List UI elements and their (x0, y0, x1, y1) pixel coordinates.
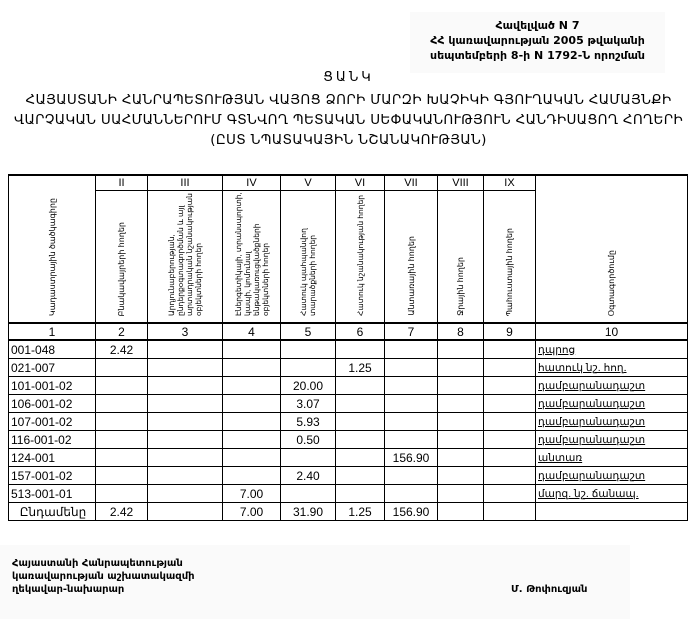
table-row: 106-001-023.07դամբարանադաշտ (9, 395, 688, 413)
cell-c5 (281, 359, 336, 377)
cell-c2 (96, 467, 148, 485)
header-protected-lands: Հատուկ պահպանվող տարածքների հողեր (281, 191, 336, 324)
roman-6: VI (336, 175, 385, 191)
cell-code: 157-001-02 (9, 467, 96, 485)
header-forest-lands: Անտառային հողեր (385, 191, 438, 324)
roman-2: II (96, 175, 148, 191)
cell-c3 (148, 359, 223, 377)
cell-c8 (438, 449, 484, 467)
cell-c9 (484, 503, 536, 521)
cell-c4 (223, 340, 281, 359)
signature-block: Հայաստանի Հանրապետության կառավարության ա… (0, 545, 630, 619)
cell-use: դպրոց (536, 340, 688, 359)
cell-c2 (96, 449, 148, 467)
cell-code: 107-001-02 (9, 413, 96, 431)
cell-use: դամբարանադաշտ (536, 377, 688, 395)
cell-use: հատուկ նշ. հող. (536, 359, 688, 377)
cell-c8 (438, 395, 484, 413)
cell-c6 (336, 395, 385, 413)
table-row: 124-001156.90անտառ (9, 449, 688, 467)
table-row: 116-001-020.50դամբարանադաշտ (9, 431, 688, 449)
cell-c3 (148, 485, 223, 503)
cell-c7 (385, 377, 438, 395)
column-number-row: 1 2 3 4 5 6 7 8 9 10 (9, 323, 688, 340)
signatory-name: Մ. Թոփուզյան (511, 584, 587, 595)
cell-use: դամբարանադաշտ (536, 413, 688, 431)
table-row: 101-001-0220.00դամբարանադաշտ (9, 377, 688, 395)
cell-c6 (336, 485, 385, 503)
table-row: 107-001-025.93դամբարանադաշտ (9, 413, 688, 431)
cell-c7 (385, 431, 438, 449)
cell-c8 (438, 485, 484, 503)
cell-c4: 7.00 (223, 485, 281, 503)
cell-c6: 1.25 (336, 503, 385, 521)
cell-code: 001-048 (9, 340, 96, 359)
cell-c9 (484, 431, 536, 449)
cell-c2 (96, 413, 148, 431)
table-row: 021-0071.25հատուկ նշ. հող. (9, 359, 688, 377)
cell-c5 (281, 340, 336, 359)
cell-c6 (336, 413, 385, 431)
cell-c4 (223, 395, 281, 413)
cell-use: անտառ (536, 449, 688, 467)
cell-c7 (385, 467, 438, 485)
cell-code: 513-001-01 (9, 485, 96, 503)
cell-code: 124-001 (9, 449, 96, 467)
cell-c4 (223, 449, 281, 467)
approval-line-3: սեպտեմբերի 8-ի N 1792-Ն որոշման (410, 48, 665, 63)
cell-c9 (484, 359, 536, 377)
roman-4: IV (223, 175, 281, 191)
cell-c3 (148, 377, 223, 395)
cell-c5: 5.93 (281, 413, 336, 431)
cell-use (536, 503, 688, 521)
roman-7: VII (385, 175, 438, 191)
cell-c6 (336, 340, 385, 359)
cell-c2 (96, 485, 148, 503)
cell-c3 (148, 449, 223, 467)
cell-c2 (96, 395, 148, 413)
cell-code: 101-001-02 (9, 377, 96, 395)
cell-c2 (96, 359, 148, 377)
header-settlement-lands: Բնակավայրերի հողեր (96, 191, 148, 324)
cell-c5: 0.50 (281, 431, 336, 449)
cell-c8 (438, 359, 484, 377)
cell-c5: 20.00 (281, 377, 336, 395)
cell-c7 (385, 413, 438, 431)
cell-c5 (281, 485, 336, 503)
approval-line-2: ՀՀ կառավարության 2005 թվականի (410, 33, 665, 48)
cell-c3 (148, 395, 223, 413)
header-energy-transport-lands: Էներգետիկայի, տրանսպորտի, կապի, կոմունալ… (223, 191, 281, 324)
cell-c9 (484, 413, 536, 431)
header-cadastral-code: Կադաստրային ծածկագիրը (9, 175, 96, 323)
table-row: 157-001-022.40դամբարանադաշտ (9, 467, 688, 485)
cell-c3 (148, 431, 223, 449)
cell-c4 (223, 431, 281, 449)
approval-number: 7 (572, 19, 580, 32)
cell-c6 (336, 467, 385, 485)
cell-c9 (484, 485, 536, 503)
cell-c8 (438, 467, 484, 485)
cell-c8 (438, 413, 484, 431)
cell-c3 (148, 340, 223, 359)
land-table: Կադաստրային ծածկագիրը II III IV V VI VII… (8, 174, 688, 521)
cell-c4 (223, 413, 281, 431)
subtitle-line-3: (ԸՍՏ ՆՊԱՏԱԿԱՅԻՆ ՆՇԱՆԱԿՈՒԹՅԱՆ) (0, 130, 697, 150)
cell-c9 (484, 377, 536, 395)
cell-c3 (148, 503, 223, 521)
cell-use: դամբարանադաշտ (536, 395, 688, 413)
table-row: 513-001-017.00մարզ. նշ. ճանապ. (9, 485, 688, 503)
header-usage: Օգտագործումը (536, 175, 688, 323)
cell-c4: 7.00 (223, 503, 281, 521)
roman-8: VIII (438, 175, 484, 191)
header-special-lands: Հատուկ նշանակության հողեր (336, 191, 385, 324)
cell-c5: 31.90 (281, 503, 336, 521)
cell-c4 (223, 467, 281, 485)
cell-use: դամբարանադաշտ (536, 467, 688, 485)
cell-c5 (281, 449, 336, 467)
cell-code: 106-001-02 (9, 395, 96, 413)
cell-c3 (148, 413, 223, 431)
signatory-position: Հայաստանի Հանրապետության կառավարության ա… (12, 557, 195, 596)
header-industrial-lands: Արդյունաբերության, ընդերքօգտագործման և ա… (148, 191, 223, 324)
cell-c2 (96, 431, 148, 449)
cell-use: դամբարանադաշտ (536, 431, 688, 449)
subtitle-line-2: ՎԱՐՉԱԿԱՆ ՍԱՀՄԱՆՆԵՐՈՒՄ ԳՏՆՎՈՂ ՊԵՏԱԿԱՆ ՍԵՓ… (0, 110, 697, 130)
approval-note: Հավելված N 7 ՀՀ կառավարության 2005 թվակա… (410, 12, 665, 73)
subtitle-line-1: ՀԱՅԱՍՏԱՆԻ ՀԱՆՐԱՊԵՏՈՒԹՅԱՆ ՎԱՅՈՑ ՁՈՐԻ ՄԱՐԶ… (0, 90, 697, 110)
cell-c6 (336, 449, 385, 467)
cell-use: մարզ. նշ. ճանապ. (536, 485, 688, 503)
header-reserve-lands: Պահուստային հողեր (484, 191, 536, 324)
cell-c6 (336, 431, 385, 449)
cell-c2 (96, 377, 148, 395)
cell-c9 (484, 467, 536, 485)
header-water-lands: Ջրային հողեր (438, 191, 484, 324)
cell-code: Ընդամենը (9, 503, 96, 521)
cell-c7 (385, 340, 438, 359)
cell-c8 (438, 340, 484, 359)
cell-c7 (385, 359, 438, 377)
document-title: ՑԱՆԿ (0, 70, 697, 85)
cell-c9 (484, 395, 536, 413)
cell-c4 (223, 377, 281, 395)
cell-c9 (484, 449, 536, 467)
cell-c7 (385, 395, 438, 413)
cell-c8 (438, 377, 484, 395)
cell-code: 116-001-02 (9, 431, 96, 449)
table-body: 001-0482.42դպրոց021-0071.25հատուկ նշ. հո… (9, 340, 688, 521)
roman-3: III (148, 175, 223, 191)
title-block: ՑԱՆԿ ՀԱՅԱՍՏԱՆԻ ՀԱՆՐԱՊԵՏՈՒԹՅԱՆ ՎԱՅՈՑ ՁՈՐԻ… (0, 70, 697, 150)
cell-c9 (484, 340, 536, 359)
cell-code: 021-007 (9, 359, 96, 377)
cell-c7: 156.90 (385, 503, 438, 521)
cell-c7: 156.90 (385, 449, 438, 467)
roman-5: V (281, 175, 336, 191)
cell-c3 (148, 467, 223, 485)
total-row: Ընդամենը2.427.0031.901.25156.90 (9, 503, 688, 521)
roman-9: IX (484, 175, 536, 191)
cell-c7 (385, 485, 438, 503)
cell-c8 (438, 503, 484, 521)
cell-c2: 2.42 (96, 503, 148, 521)
cell-c8 (438, 431, 484, 449)
cell-c6: 1.25 (336, 359, 385, 377)
cell-c6 (336, 377, 385, 395)
approval-label: Հավելված N (496, 19, 568, 32)
table-row: 001-0482.42դպրոց (9, 340, 688, 359)
cell-c2: 2.42 (96, 340, 148, 359)
cell-c5: 3.07 (281, 395, 336, 413)
cell-c5: 2.40 (281, 467, 336, 485)
cell-c4 (223, 359, 281, 377)
